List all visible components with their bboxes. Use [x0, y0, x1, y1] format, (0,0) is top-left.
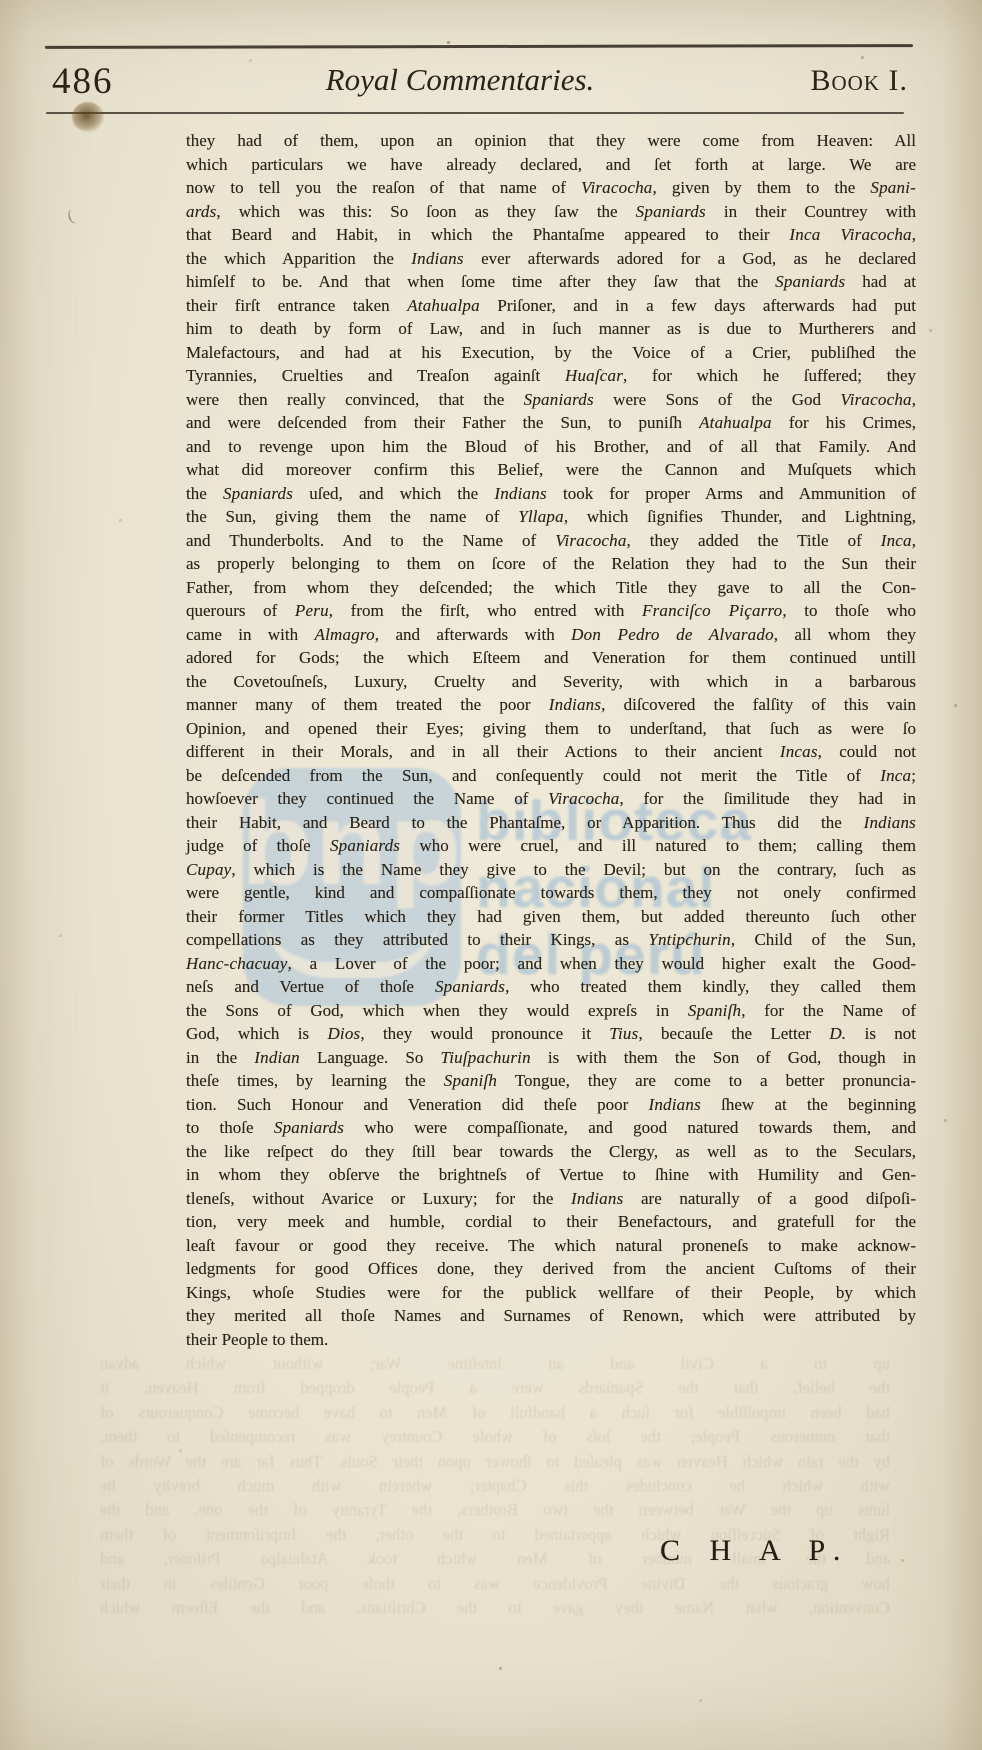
text-line: Tyrannies, Cruelties and Treaſon againſt…: [186, 364, 916, 388]
text-line: as properly belonging to them on ſcore o…: [186, 552, 916, 576]
text-line: tion. Such Honour and Veneration did the…: [186, 1093, 916, 1117]
text-line: leaſt favour or good they receive. The w…: [186, 1234, 916, 1258]
text-line: be deſcended from the Sun, and conſequen…: [186, 764, 916, 788]
text-line: God, which is Dios, they would pronounce…: [186, 1022, 916, 1046]
text-line: and to revenge upon him the Bloud of his…: [186, 435, 916, 459]
bleedthrough-line: how gracious the Divine Providence was t…: [100, 1572, 890, 1596]
text-line: the Sons of God, which when they would e…: [186, 999, 916, 1023]
text-line: the which Apparition the Indians ever af…: [186, 247, 916, 271]
text-line: now to tell you the reaſon of that name …: [186, 176, 916, 200]
bleedthrough-line: with which he concludes this Chapter; wh…: [100, 1474, 890, 1498]
text-line: the like reſpect do they ſtill bear towa…: [186, 1140, 916, 1164]
bleedthrough-line: by the rain which Heaven was pleaſed to …: [100, 1450, 890, 1474]
text-line: were gentle, kind and compaſſionate towa…: [186, 881, 916, 905]
text-line: Father, from whom they deſcended; the wh…: [186, 576, 916, 600]
text-line: they merited all thoſe Names and Surname…: [186, 1304, 916, 1328]
text-line: their firſt entrance taken Atahualpa Pri…: [186, 294, 916, 318]
text-line: Cupay, which is the Name they give to th…: [186, 858, 916, 882]
text-line: Malefactours, and had at his Execution, …: [186, 341, 916, 365]
text-line: compellations as they attributed to thei…: [186, 928, 916, 952]
running-title: Royal Commentaries.: [180, 62, 740, 98]
text-line: they had of them, upon an opinion that t…: [186, 129, 916, 153]
text-line: him to death by form of Law, and in ſuch…: [186, 317, 916, 341]
book-label: Book I.: [811, 64, 909, 98]
text-line: querours of Peru, from the firſt, who en…: [186, 599, 916, 623]
bleedthrough-line: up to a Civil and an inteſtine War; with…: [100, 1352, 890, 1376]
text-line: judge of thoſe Spaniards who were cruel,…: [186, 834, 916, 858]
text-line: tion, very meek and humble, cordial to t…: [186, 1210, 916, 1234]
text-line: howſoever they continued the Name of Vir…: [186, 787, 916, 811]
text-line: were then really convinced, that the Spa…: [186, 388, 916, 412]
text-line: theſe times, by learning the Spaniſh Ton…: [186, 1069, 916, 1093]
bleedthrough-text: up to a Civil and an inteſtine War; with…: [100, 1352, 890, 1620]
text-line: their Habit, and Beard to the Phantaſme,…: [186, 811, 916, 835]
text-line: Kings, whoſe Studies were for the public…: [186, 1281, 916, 1305]
text-line: their former Titles which they had given…: [186, 905, 916, 929]
text-line: adored for Gods; the which Eſteem and Ve…: [186, 646, 916, 670]
chapter-catchword: C H A P.: [660, 1534, 851, 1568]
text-line: their People to them.: [186, 1328, 916, 1352]
bleedthrough-line: had been impoſſible for ſuch a handfull …: [100, 1401, 890, 1425]
text-line: in the Indian Language. So Tiuſpachurin …: [186, 1046, 916, 1070]
text-line: tleneſs, without Avarice or Luxury; for …: [186, 1187, 916, 1211]
text-line: which particulars we have already declar…: [186, 153, 916, 177]
text-line: himſelf to be. And that when ſome time a…: [186, 270, 916, 294]
text-line: came in with Almagro, and afterwards wit…: [186, 623, 916, 647]
text-line: what did moreover confirm this Belief, w…: [186, 458, 916, 482]
body-text: they had of them, upon an opinion that t…: [186, 129, 916, 1351]
text-line: and Thunderbolts. And to the Name of Vir…: [186, 529, 916, 553]
text-line: in whom they obſerve the brightneſs of V…: [186, 1163, 916, 1187]
paper-speckles: [0, 0, 1, 1]
ink-stain: [72, 102, 104, 132]
text-line: the Spaniards uſed, and which the Indian…: [186, 482, 916, 506]
text-line: the Sun, giving them the name of Yllapa,…: [186, 505, 916, 529]
bleedthrough-line: Convention, what Name they gave to the C…: [100, 1596, 890, 1620]
bleedthrough-line: that numerous People; the loſs of whoſe …: [100, 1425, 890, 1449]
text-line: that Beard and Habit, in which the Phant…: [186, 223, 916, 247]
page-number: 486: [52, 60, 114, 103]
bleedthrough-line: the belief, that the Spaniards were a Pe…: [100, 1376, 890, 1400]
text-line: manner many of them treated the poor Ind…: [186, 693, 916, 717]
text-line: to thoſe Spaniards who were compaſſionat…: [186, 1116, 916, 1140]
text-line: ards, which was this: So ſoon as they ſa…: [186, 200, 916, 224]
text-line: ledgments for good Offices done, they de…: [186, 1257, 916, 1281]
header-rule: [46, 112, 904, 114]
text-line: different in their Morals, and in all th…: [186, 740, 916, 764]
bleedthrough-line: ſums up the War between the two Brothers…: [100, 1498, 890, 1522]
text-line: Hanc-chacuay, a Lover of the poor; and w…: [186, 952, 916, 976]
text-line: neſs and Vertue of thoſe Spaniards, who …: [186, 975, 916, 999]
text-line: Opinion, and opened their Eyes; giving t…: [186, 717, 916, 741]
text-line: the Covetouſneſs, Luxury, Cruelty and Se…: [186, 670, 916, 694]
text-line: and were deſcended from their Father the…: [186, 411, 916, 435]
